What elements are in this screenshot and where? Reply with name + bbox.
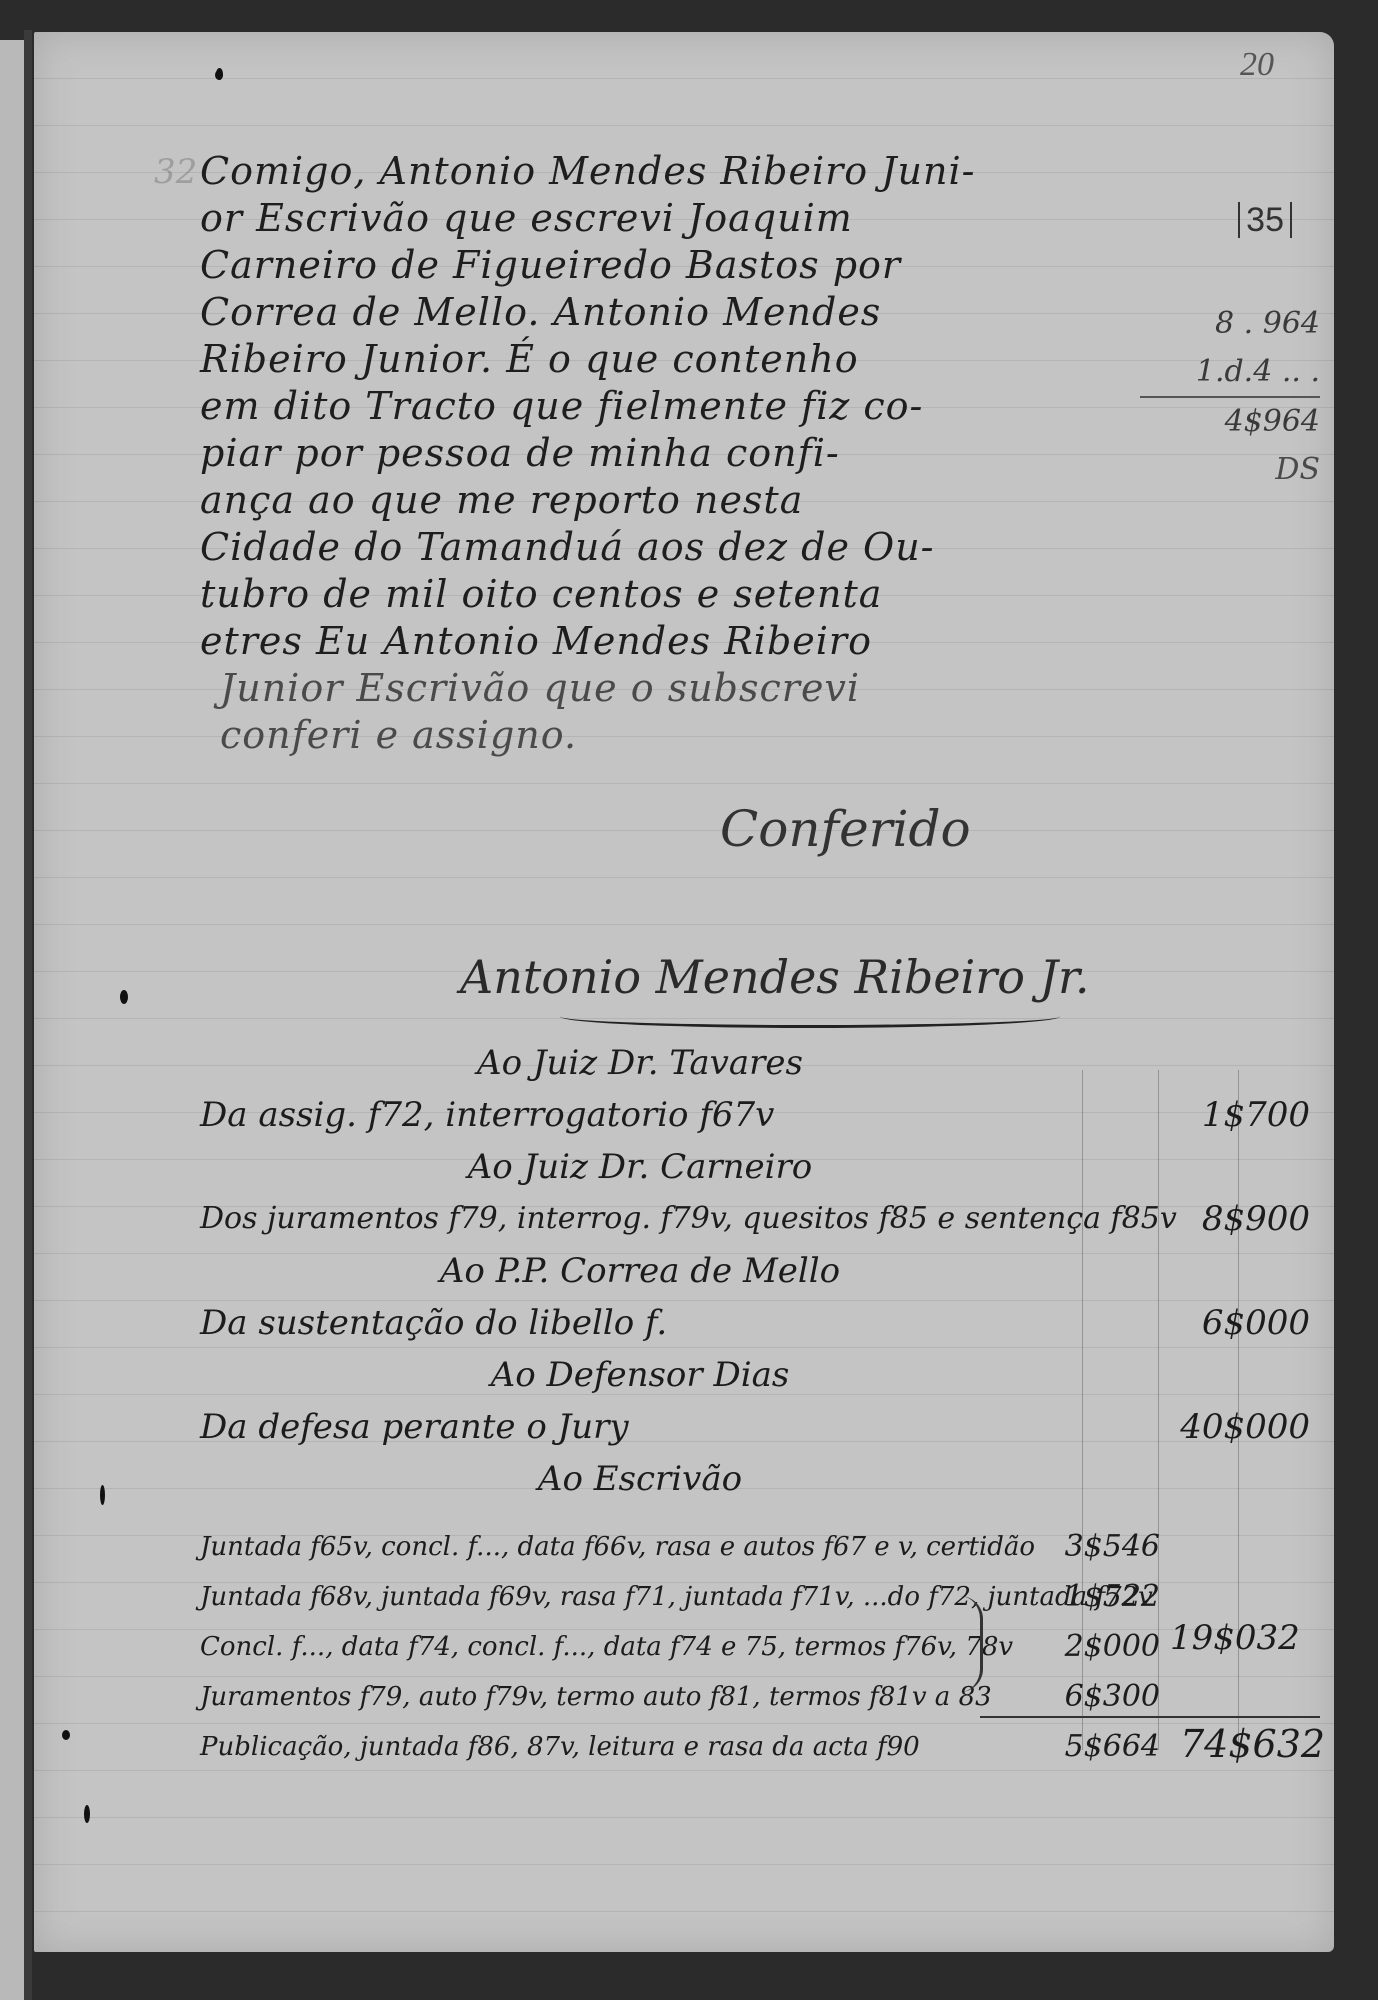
body-line: ança ao que me reporto nesta bbox=[200, 477, 1120, 524]
ink-speck bbox=[62, 1730, 70, 1740]
ledger-item-description: Concl. f..., data f74, concl. f..., data… bbox=[200, 1622, 1013, 1672]
body-line: or Escrivão que escrevi Joaquim bbox=[200, 195, 1120, 242]
ledger-item-description: Da defesa perante o Jury bbox=[200, 1398, 629, 1456]
subtotal-brace bbox=[960, 1596, 983, 1692]
escrivao-subtotal: 19$032 bbox=[1170, 1618, 1300, 1658]
margin-calc-line: 8 . 964 bbox=[1100, 300, 1320, 348]
conferido-annotation: Conferido bbox=[720, 800, 971, 858]
ledger-item-description: Juramentos f79, auto f79v, termo auto f8… bbox=[200, 1672, 992, 1722]
ink-speck bbox=[120, 990, 128, 1004]
margin-initials: DS bbox=[1100, 446, 1320, 494]
body-line: etres Eu Antonio Mendes Ribeiro bbox=[200, 618, 1120, 665]
ink-speck bbox=[84, 1805, 90, 1823]
ledger-item-description: Da sustentação do libello f. bbox=[200, 1294, 667, 1352]
closing-line: Junior Escrivão que o subscrevi bbox=[200, 665, 1120, 712]
ledger-item-amount: 8$900 bbox=[1202, 1190, 1310, 1248]
body-line: Comigo, Antonio Mendes Ribeiro Juni- bbox=[200, 148, 1120, 195]
margin-calc-result: 4$964 bbox=[1100, 398, 1320, 446]
ledger-row: Da sustentação do libello f. 6$000 bbox=[200, 1294, 1330, 1352]
ledger-item-description: Juntada f68v, juntada f69v, rasa f71, ju… bbox=[200, 1572, 1153, 1622]
body-line: Carneiro de Figueiredo Bastos por bbox=[200, 242, 1120, 289]
folio-number: 20 bbox=[1240, 46, 1274, 84]
total-rule bbox=[980, 1716, 1320, 1718]
ledger-section-heading: Ao Escrivão bbox=[200, 1456, 1330, 1502]
ledger-item-amount: 6$300 bbox=[1040, 1672, 1160, 1722]
body-line: em dito Tracto que fielmente fiz co- bbox=[200, 383, 1120, 430]
ledger-item-description: Da assig. f72, interrogatorio f67v bbox=[200, 1086, 774, 1144]
ledger-item-description: Publicação, juntada f86, 87v, leitura e … bbox=[200, 1722, 920, 1772]
ledger-item-amount: 6$000 bbox=[1202, 1294, 1310, 1352]
margin-calculation: 8 . 964 1.d.4 .. . 4$964 DS bbox=[1100, 300, 1320, 494]
ledger-section-heading: Ao Defensor Dias bbox=[200, 1352, 1330, 1398]
ledger-row: Juntada f68v, juntada f69v, rasa f71, ju… bbox=[200, 1572, 1330, 1622]
ledger-row: Concl. f..., data f74, concl. f..., data… bbox=[200, 1622, 1330, 1672]
ledger-item-amount: 40$000 bbox=[1180, 1398, 1310, 1456]
body-line: tubro de mil oito centos e setenta bbox=[200, 571, 1120, 618]
signature-flourish bbox=[560, 1005, 1060, 1028]
body-line: Correa de Mello. Antonio Mendes bbox=[200, 289, 1120, 336]
body-line: Ribeiro Junior. É o que contenho bbox=[200, 336, 1120, 383]
grand-total: 74$632 bbox=[1180, 1722, 1325, 1766]
body-line: piar por pessoa de minha confi- bbox=[200, 430, 1120, 477]
closing-line: conferi e assigno. bbox=[200, 712, 1120, 759]
ledger-item-amount: 2$000 bbox=[1040, 1622, 1160, 1672]
ledger-row: Da defesa perante o Jury 40$000 bbox=[200, 1398, 1330, 1456]
ledger-section-heading: Ao Juiz Dr. Carneiro bbox=[200, 1144, 1330, 1190]
cost-ledger: Ao Juiz Dr. Tavares Da assig. f72, inter… bbox=[200, 1040, 1330, 1772]
ink-speck bbox=[100, 1485, 105, 1505]
ink-speck bbox=[215, 70, 223, 80]
body-line: Cidade do Tamanduá aos dez de Ou- bbox=[200, 524, 1120, 571]
ledger-section-heading: Ao Juiz Dr. Tavares bbox=[200, 1040, 1330, 1086]
archive-page-stamp: 35 bbox=[1238, 202, 1292, 238]
ledger-item-amount: 5$664 bbox=[1040, 1722, 1160, 1772]
ledger-row: Juntada f65v, concl. f..., data f66v, ra… bbox=[200, 1522, 1330, 1572]
margin-calc-line: 1.d.4 .. . bbox=[1100, 348, 1320, 396]
scrivener-signature: Antonio Mendes Ribeiro Jr. bbox=[460, 950, 1090, 1004]
ledger-item-amount: 1$700 bbox=[1202, 1086, 1310, 1144]
bleed-through-mark: 32 bbox=[154, 152, 197, 192]
ledger-section-heading: Ao P.P. Correa de Mello bbox=[200, 1248, 1330, 1294]
ledger-row: Dos juramentos f79, interrog. f79v, ques… bbox=[200, 1190, 1330, 1248]
ledger-item-amount: 1$522 bbox=[1040, 1572, 1160, 1622]
ledger-row: Publicação, juntada f86, 87v, leitura e … bbox=[200, 1722, 1330, 1772]
book-binding bbox=[24, 30, 32, 2000]
ledger-item-description: Dos juramentos f79, interrog. f79v, ques… bbox=[200, 1190, 1177, 1248]
ledger-row: Juramentos f79, auto f79v, termo auto f8… bbox=[200, 1672, 1330, 1722]
ledger-row: Da assig. f72, interrogatorio f67v 1$700 bbox=[200, 1086, 1330, 1144]
ledger-item-amount: 3$546 bbox=[1040, 1522, 1160, 1572]
body-paragraph: Comigo, Antonio Mendes Ribeiro Juni- or … bbox=[200, 148, 1120, 759]
ledger-item-description: Juntada f65v, concl. f..., data f66v, ra… bbox=[200, 1522, 1035, 1572]
